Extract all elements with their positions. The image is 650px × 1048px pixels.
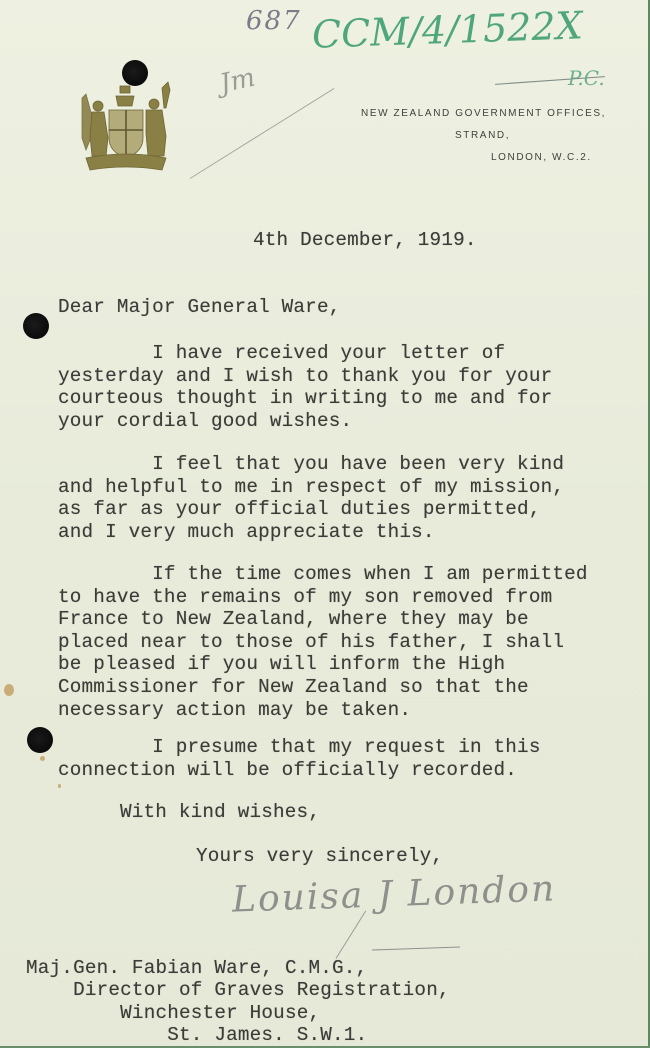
- handwritten-signature: Louisa J London: [231, 868, 556, 920]
- initials-annotation: P.C.: [568, 66, 605, 90]
- pencil-stroke: [190, 88, 335, 179]
- file-reference-mark: X: [555, 3, 584, 48]
- closing-wish: With kind wishes,: [120, 801, 320, 824]
- recipient-address: Maj.Gen. Fabian Ware, C.M.G., Director o…: [26, 957, 450, 1046]
- pencil-number-annotation: 687: [246, 6, 302, 36]
- punch-hole: [27, 727, 53, 753]
- coat-of-arms-icon: [76, 78, 176, 173]
- letter-salutation: Dear Major General Ware,: [58, 296, 341, 319]
- signature-underline: [372, 946, 460, 950]
- letterhead-street: STRAND,: [455, 130, 510, 141]
- punch-hole: [23, 313, 49, 339]
- stain: [40, 756, 45, 761]
- letter-paragraph: If the time comes when I am permitted to…: [58, 563, 588, 721]
- complimentary-close: Yours very sincerely,: [196, 845, 443, 868]
- stain: [58, 784, 61, 788]
- letter-paragraph: I presume that my request in this connec…: [58, 736, 541, 781]
- letter-paragraph: I have received your letter of yesterday…: [58, 342, 552, 432]
- initial-scribble: Jm: [217, 63, 258, 100]
- file-reference-text: CCM/4/1522: [311, 4, 556, 56]
- letterhead-city: LONDON, W.C.2.: [491, 152, 592, 163]
- letterhead-office: NEW ZEALAND GOVERNMENT OFFICES,: [361, 108, 606, 119]
- letter-date: 4th December, 1919.: [253, 229, 477, 252]
- stain: [4, 684, 14, 696]
- letter-paragraph: I feel that you have been very kind and …: [58, 453, 564, 543]
- letter-page: 687 CCM/4/1522X P.C. Jm: [0, 0, 650, 1048]
- file-reference-annotation: CCM/4/1522X: [311, 3, 583, 56]
- signature-stroke: [336, 911, 367, 959]
